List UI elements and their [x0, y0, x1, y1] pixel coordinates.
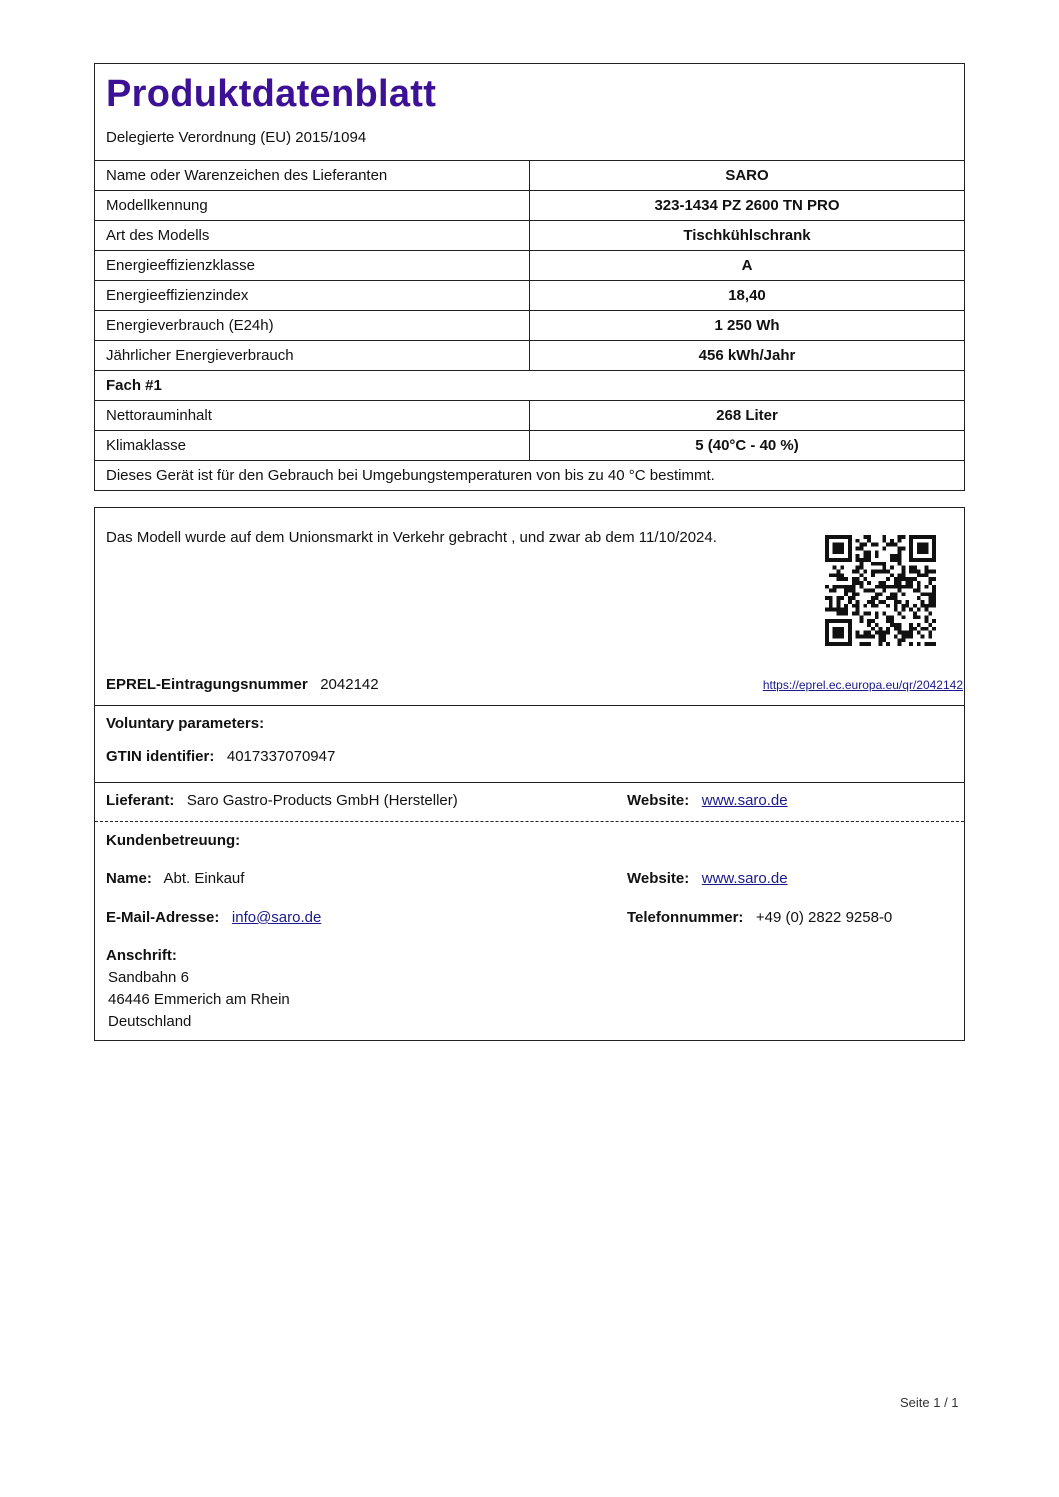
table-row: Nettorauminhalt268 Liter	[95, 401, 964, 431]
row-label: Energieverbrauch (E24h)	[95, 311, 530, 341]
table-row: Energieeffizienzindex18,40	[95, 281, 964, 311]
row-value: Tischkühlschrank	[530, 221, 965, 251]
supplier-label: Lieferant:	[106, 792, 174, 809]
email-label: E-Mail-Adresse:	[106, 909, 219, 926]
row-label: Name oder Warenzeichen des Lieferanten	[95, 161, 530, 191]
row-value: 18,40	[530, 281, 965, 311]
phone-label: Telefonnummer:	[627, 909, 743, 926]
row-value: 456 kWh/Jahr	[530, 341, 965, 371]
table-row: Energieverbrauch (E24h)1 250 Wh	[95, 311, 964, 341]
row-value: A	[530, 251, 965, 281]
supplier-line: Lieferant: Saro Gastro-Products GmbH (He…	[106, 792, 458, 809]
address-line-1: Sandbahn 6	[108, 969, 189, 986]
address-line-3: Deutschland	[108, 1013, 191, 1030]
row-value: 5 (40°C - 40 %)	[530, 431, 965, 461]
website-label: Website:	[627, 870, 689, 887]
cs-website-link[interactable]: www.saro.de	[702, 870, 788, 887]
compartment-title: Fach #1	[95, 371, 964, 401]
row-label: Art des Modells	[95, 221, 530, 251]
table-row: Modellkennung323-1434 PZ 2600 TN PRO	[95, 191, 964, 221]
row-value: 323-1434 PZ 2600 TN PRO	[530, 191, 965, 221]
eprel-link[interactable]: https://eprel.ec.europa.eu/qr/2042142	[763, 678, 963, 692]
table-row: Name oder Warenzeichen des LieferantenSA…	[95, 161, 964, 191]
email-line: E-Mail-Adresse: info@saro.de	[106, 909, 321, 926]
row-label: Klimaklasse	[95, 431, 530, 461]
row-value: 1 250 Wh	[530, 311, 965, 341]
table-row: Art des ModellsTischkühlschrank	[95, 221, 964, 251]
email-link[interactable]: info@saro.de	[232, 909, 321, 926]
website-label: Website:	[627, 792, 689, 809]
cs-website-line: Website: www.saro.de	[627, 870, 788, 887]
note-row: Dieses Gerät ist für den Gebrauch bei Um…	[95, 461, 964, 491]
supplier-website-line: Website: www.saro.de	[627, 792, 788, 809]
compartment-heading-row: Fach #1	[95, 371, 964, 401]
dashed-divider	[95, 821, 964, 822]
gtin-value: 4017337070947	[227, 748, 335, 765]
regulation-subtitle: Delegierte Verordnung (EU) 2015/1094	[95, 118, 964, 160]
page-number: Seite 1 / 1	[900, 1395, 959, 1410]
row-label: Energieeffizienzklasse	[95, 251, 530, 281]
eprel-info-box: Das Modell wurde auf dem Unionsmarkt in …	[94, 507, 965, 1041]
eprel-number-line: EPREL-Eintragungsnummer 2042142	[106, 676, 379, 693]
row-label: Jährlicher Energieverbrauch	[95, 341, 530, 371]
qr-code-icon[interactable]	[825, 535, 936, 646]
row-label: Energieeffizienzindex	[95, 281, 530, 311]
table-row: Klimaklasse5 (40°C - 40 %)	[95, 431, 964, 461]
row-label: Nettorauminhalt	[95, 401, 530, 431]
divider	[95, 705, 964, 706]
supplier-website-link[interactable]: www.saro.de	[702, 792, 788, 809]
supplier-value: Saro Gastro-Products GmbH (Hersteller)	[187, 792, 458, 809]
divider	[95, 782, 964, 783]
phone-line: Telefonnummer: +49 (0) 2822 9258-0	[627, 909, 892, 926]
name-label: Name:	[106, 870, 152, 887]
eprel-number: 2042142	[320, 676, 378, 693]
market-date-text: Das Modell wurde auf dem Unionsmarkt in …	[106, 529, 717, 546]
eprel-label: EPREL-Eintragungsnummer	[106, 676, 308, 693]
spec-table: Name oder Warenzeichen des LieferantenSA…	[95, 160, 964, 490]
voluntary-title: Voluntary parameters:	[106, 715, 264, 732]
phone-value: +49 (0) 2822 9258-0	[756, 909, 892, 926]
gtin-line: GTIN identifier: 4017337070947	[106, 748, 335, 765]
customer-service-title: Kundenbetreuung:	[106, 832, 240, 849]
table-row: EnergieeffizienzklasseA	[95, 251, 964, 281]
product-data-sheet: Produktdatenblatt Delegierte Verordnung …	[94, 63, 965, 491]
row-value: 268 Liter	[530, 401, 965, 431]
name-value: Abt. Einkauf	[164, 870, 245, 887]
table-row: Jährlicher Energieverbrauch456 kWh/Jahr	[95, 341, 964, 371]
row-value: SARO	[530, 161, 965, 191]
page-title: Produktdatenblatt	[95, 64, 964, 118]
contact-name-line: Name: Abt. Einkauf	[106, 870, 244, 887]
row-label: Modellkennung	[95, 191, 530, 221]
temperature-note: Dieses Gerät ist für den Gebrauch bei Um…	[95, 461, 964, 491]
gtin-label: GTIN identifier:	[106, 748, 214, 765]
address-line-2: 46446 Emmerich am Rhein	[108, 991, 290, 1008]
address-label: Anschrift:	[106, 947, 177, 964]
